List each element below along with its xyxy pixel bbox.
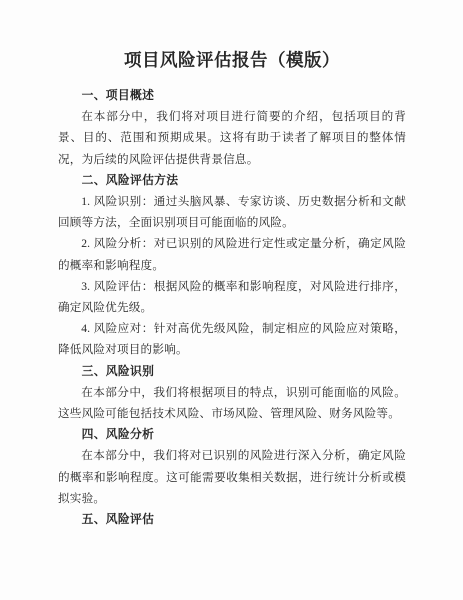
section-heading: 一、项目概述 xyxy=(58,85,406,106)
section-risk-identification: 三、风险识别 在本部分中，我们将根据项目的特点，识别可能面临的风险。这些风险可能… xyxy=(58,361,406,425)
section-heading: 五、风险评估 xyxy=(58,509,406,530)
numbered-item: 4. 风险应对：针对高优先级风险，制定相应的风险应对策略，降低风险对项目的影响。 xyxy=(58,318,406,360)
section-heading: 三、风险识别 xyxy=(58,361,406,382)
section-heading: 四、风险分析 xyxy=(58,424,406,445)
paragraph: 在本部分中，我们将对项目进行简要的介绍，包括项目的背景、目的、范围和预期成果。这… xyxy=(58,106,406,170)
paragraph: 在本部分中，我们将根据项目的特点，识别可能面临的风险。这些风险可能包括技术风险、… xyxy=(58,382,406,424)
numbered-item: 1. 风险识别：通过头脑风暴、专家访谈、历史数据分析和文献回顾等方法，全面识别项… xyxy=(58,191,406,233)
numbered-item: 3. 风险评估：根据风险的概率和影响程度，对风险进行排序，确定风险优先级。 xyxy=(58,276,406,318)
document-page: 项目风险评估报告（模版） 一、项目概述 在本部分中，我们将对项目进行简要的介绍，… xyxy=(0,0,463,600)
section-heading: 二、风险评估方法 xyxy=(58,170,406,191)
paragraph: 在本部分中，我们将对已识别的风险进行深入分析，确定风险的概率和影响程度。这可能需… xyxy=(58,445,406,509)
numbered-item: 2. 风险分析：对已识别的风险进行定性或定量分析，确定风险的概率和影响程度。 xyxy=(58,233,406,275)
section-assessment-methods: 二、风险评估方法 1. 风险识别：通过头脑风暴、专家访谈、历史数据分析和文献回顾… xyxy=(58,170,406,361)
section-risk-evaluation: 五、风险评估 xyxy=(58,509,406,530)
section-project-overview: 一、项目概述 在本部分中，我们将对项目进行简要的介绍，包括项目的背景、目的、范围… xyxy=(58,85,406,170)
document-title: 项目风险评估报告（模版） xyxy=(58,48,406,72)
section-risk-analysis: 四、风险分析 在本部分中，我们将对已识别的风险进行深入分析，确定风险的概率和影响… xyxy=(58,424,406,509)
